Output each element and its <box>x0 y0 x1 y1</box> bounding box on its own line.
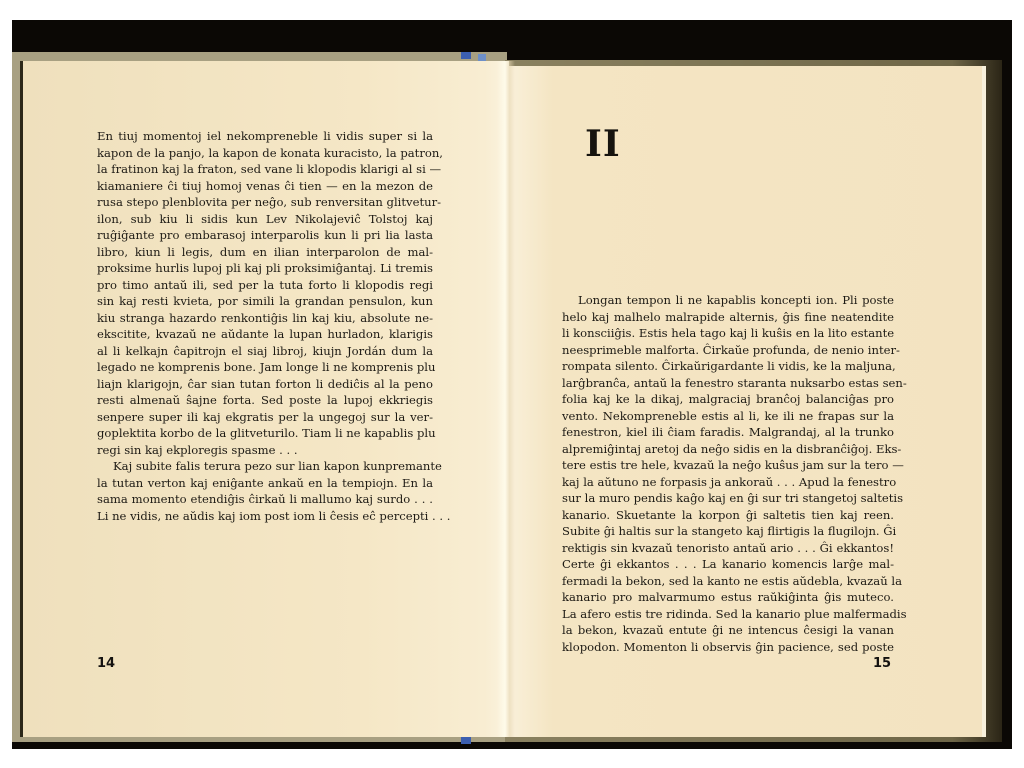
text-line: sama momento etendiĝis ĉirkaŭ li mallumo… <box>97 491 433 508</box>
chapter-heading: II <box>585 123 621 165</box>
text-line: resti almenaŭ ŝajne forta. Sed poste la … <box>97 392 433 409</box>
text-line: la bekon, kvazaŭ entute ĝi ne intencus ĉ… <box>562 622 894 639</box>
text-line: rompata silento. Ĉirkaŭrigardante li vid… <box>562 358 894 375</box>
text-line: sin kaj resti kvieta, por simili la gran… <box>97 293 433 310</box>
text-line: kiamaniere ĉi tiuj homoj venas ĉi tien —… <box>97 178 433 195</box>
text-line: libro, kiun li legis, dum en ilian inter… <box>97 244 433 261</box>
text-line: folia kaj ke la dikaj, malgraciaj branĉo… <box>562 391 894 408</box>
text-line: kiu stranga hazardo renkontiĝis lin kaj … <box>97 310 433 327</box>
spine-cloth-top <box>461 52 471 59</box>
text-line: kanario pro malvarmumo estus raŭkiĝinta … <box>562 589 894 606</box>
text-line: rusa stepo plenblovita per neĝo, sub ren… <box>97 194 433 211</box>
text-line: alpremiĝintaj aretoj da neĝo sidis en la… <box>562 441 894 458</box>
text-line: ilon, sub kiu li sidis kun Lev Nikolajev… <box>97 211 433 228</box>
text-line: Longan tempon li ne kapablis koncepti io… <box>562 292 894 309</box>
text-line: proksime hurlis lupoj pli kaj pli proksi… <box>97 260 433 277</box>
text-line: kaj la aŭtuno ne forpasis ja ankoraŭ . .… <box>562 474 894 491</box>
text-line: larĝbranĉa, antaŭ la fenestro staranta n… <box>562 375 894 392</box>
text-line: la tutan verton kaj eniĝante ankaŭ en la… <box>97 475 433 492</box>
text-line: liajn klarigojn, ĉar sian tutan forton l… <box>97 376 433 393</box>
spine-cloth-top-2 <box>478 54 486 61</box>
text-line: helo kaj malhelo malrapide alternis, ĝis… <box>562 309 894 326</box>
text-line: kanario. Skuetante la korpon ĝi saltetis… <box>562 507 894 524</box>
text-line: li konsciiĝis. Estis hela tago kaj li ku… <box>562 325 894 342</box>
left-page-body-text: En tiuj momentoj iel nekompreneble li vi… <box>97 128 433 524</box>
page-stack-edge <box>982 66 986 737</box>
page-number-right: 15 <box>873 656 891 671</box>
text-line: sur la muro pendis kaĝo kaj en ĝi sur tr… <box>562 490 894 507</box>
text-line: klopodon. Momenton li observis ĝin pacie… <box>562 639 894 656</box>
book-gutter <box>497 61 515 737</box>
text-line: la fratinon kaj la fraton, sed vane li k… <box>97 161 433 178</box>
right-page-body-text: Longan tempon li ne kapablis koncepti io… <box>562 292 894 655</box>
text-line: fermadi la bekon, sed la kanto ne estis … <box>562 573 894 590</box>
text-line: al li kelkajn ĉapitrojn el siaj libroj, … <box>97 343 433 360</box>
text-line: pro timo antaŭ ili, sed per la tuta fort… <box>97 277 433 294</box>
page-number-left: 14 <box>97 656 115 671</box>
text-line: La afero estis tre ridinda. Sed la kanar… <box>562 606 894 623</box>
text-line: tere estis tre hele, kvazaŭ la neĝo kuŝu… <box>562 457 894 474</box>
text-line: Li ne vidis, ne aŭdis kaj iom post iom l… <box>97 508 433 525</box>
text-line: Certe ĝi ekkantos . . . La kanario komen… <box>562 556 894 573</box>
text-line: senpere super ili kaj ekgratis per la un… <box>97 409 433 426</box>
text-line: legado ne komprenis bone. Jam longe li n… <box>97 359 433 376</box>
text-line: ekscitite, kvazaŭ ne aŭdante la lupan hu… <box>97 326 433 343</box>
spine-cloth-bottom <box>461 737 471 744</box>
text-line: kapon de la panjo, la kapon de konata ku… <box>97 145 433 162</box>
text-line: Kaj subite falis terura pezo sur lian ka… <box>97 458 433 475</box>
text-line: ruĝiĝante pro embarasoj interparolis kun… <box>97 227 433 244</box>
text-line: En tiuj momentoj iel nekompreneble li vi… <box>97 128 433 145</box>
text-line: rektigis sin kvazaŭ tenoristo antaŭ ario… <box>562 540 894 557</box>
text-line: goplektita korbo de la glitveturilo. Tia… <box>97 425 433 442</box>
text-line: regi sin kaj ekploregis spasme . . . <box>97 442 433 459</box>
text-line: vento. Nekompreneble estis al li, ke ili… <box>562 408 894 425</box>
text-line: Subite ĝi haltis sur la stangeto kaj fli… <box>562 523 894 540</box>
text-line: fenestron, kiel ili ĉiam faradis. Malgra… <box>562 424 894 441</box>
text-line: neesprimeble malforta. Ĉirkaŭe profunda,… <box>562 342 894 359</box>
